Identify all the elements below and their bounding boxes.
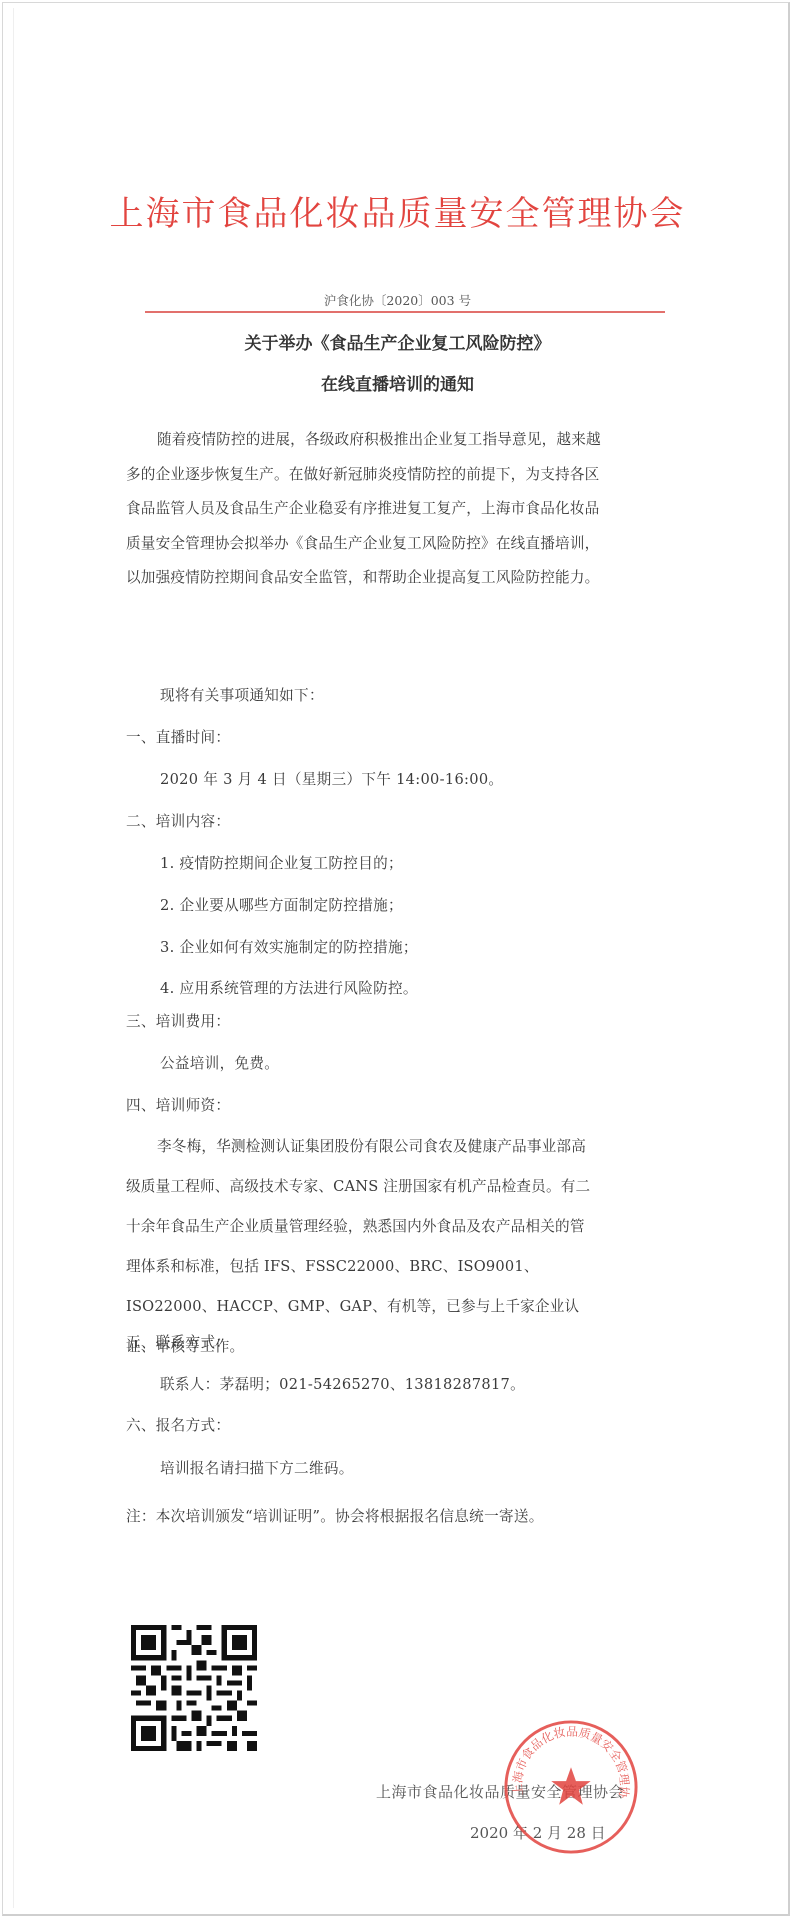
- section-fee-text: 公益培训，免费。: [160, 1052, 279, 1073]
- section-heading-fee: 三、培训费用：: [126, 1010, 230, 1031]
- content-item-4: 4. 应用系统管理的方法进行风险防控。: [160, 977, 418, 998]
- organization-title: 上海市食品化妆品质量安全管理协会: [0, 186, 795, 235]
- section-heading-contact: 五、联系方式：: [126, 1331, 230, 1352]
- contact-text: 联系人：茅磊明；021-54265270、13818287817。: [160, 1373, 525, 1394]
- content-item-1: 1. 疫情防控期间企业复工防控目的；: [160, 852, 403, 873]
- notice-line: 现将有关事项通知如下：: [160, 684, 324, 705]
- section-heading-time: 一、直播时间：: [126, 726, 230, 747]
- document-number: 沪食化协〔2020〕003 号: [0, 291, 795, 309]
- content-item-3: 3. 企业如何有效实施制定的防控措施；: [160, 936, 418, 957]
- qr-code-icon[interactable]: [131, 1625, 257, 1751]
- section-time-text: 2020 年 3 月 4 日（星期三）下午 14:00-16:00。: [160, 768, 503, 789]
- document-page: [2, 2, 790, 1916]
- intro-paragraph: 随着疫情防控的进展，各级政府积极推出企业复工指导意见，越来越多的企业逐步恢复生产…: [126, 423, 606, 596]
- official-seal-icon: 上海市食品化妆品质量安全管理协会: [502, 1718, 640, 1856]
- section-heading-signup: 六、报名方式：: [126, 1414, 230, 1435]
- certificate-note: 注：本次培训颁发“培训证明”。协会将根据报名信息统一寄送。: [126, 1505, 544, 1526]
- signup-text: 培训报名请扫描下方二维码。: [160, 1457, 354, 1478]
- document-title-line-1: 关于举办《食品生产企业复工风险防控》: [0, 329, 795, 354]
- document-title-line-2: 在线直播培训的通知: [0, 370, 795, 395]
- red-divider: [145, 311, 665, 313]
- content-item-2: 2. 企业要从哪些方面制定防控措施；: [160, 894, 403, 915]
- section-heading-content: 二、培训内容：: [126, 810, 230, 831]
- section-heading-trainer: 四、培训师资：: [126, 1094, 230, 1115]
